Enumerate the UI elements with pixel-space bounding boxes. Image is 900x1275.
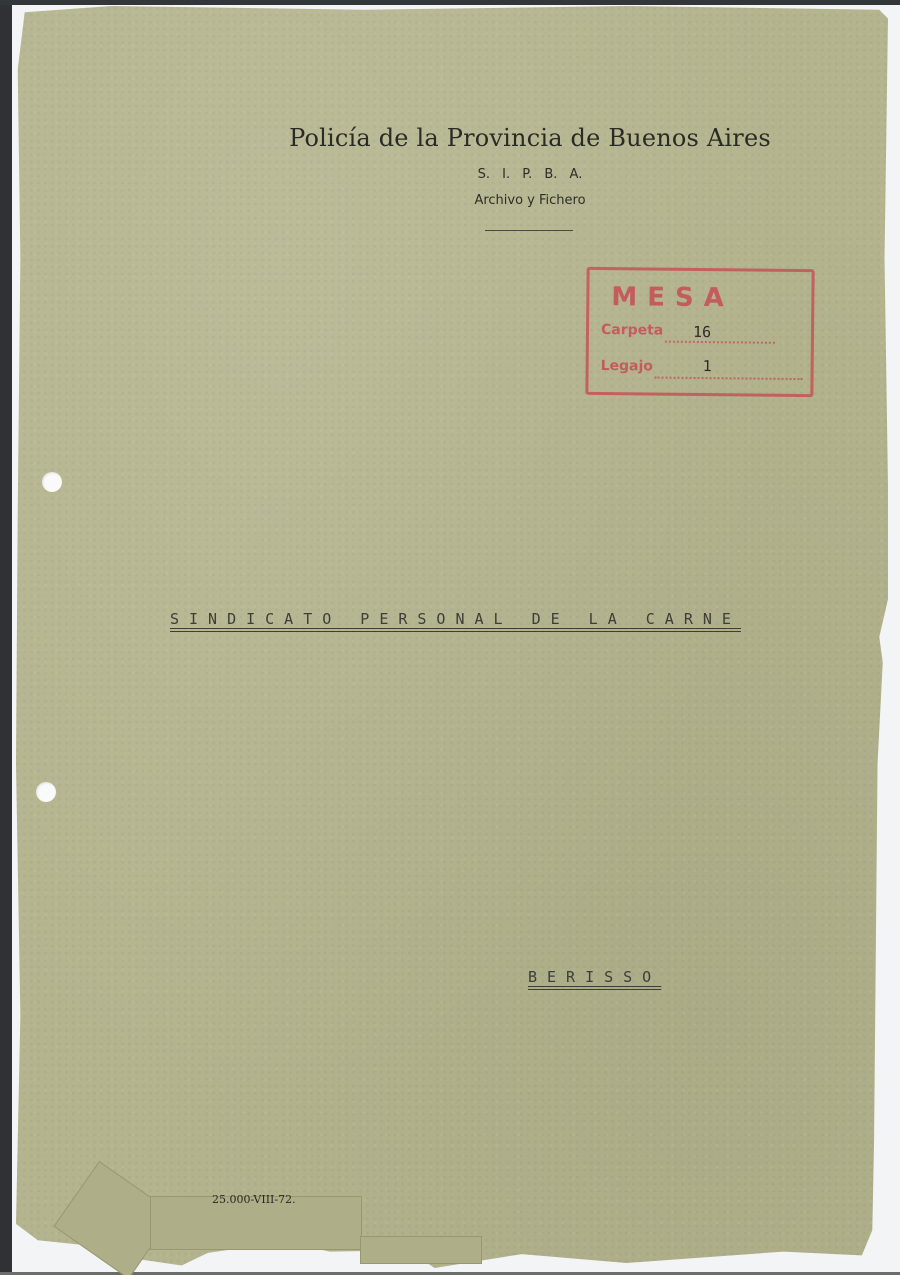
stamp-carpeta-value: 16 xyxy=(693,323,711,341)
scanner-background-left xyxy=(0,0,12,1275)
stamp-carpeta-dotline xyxy=(665,341,775,344)
typed-location: BERISSO xyxy=(528,968,661,986)
letterhead-department: Archivo y Fichero xyxy=(380,193,680,208)
stamp-carpeta-label: Carpeta xyxy=(601,322,663,339)
punch-hole xyxy=(36,782,56,802)
stamp-legajo-dotline xyxy=(655,377,803,381)
stamp-title: MESA xyxy=(611,282,734,313)
letterhead-divider xyxy=(485,230,573,231)
typed-subject-title: SINDICATO PERSONAL DE LA CARNE xyxy=(170,610,741,628)
punch-hole xyxy=(42,472,62,492)
stamp-legajo-label: Legajo xyxy=(601,358,653,375)
scanner-background-top xyxy=(0,0,900,5)
torn-paper-fragment xyxy=(360,1236,482,1264)
mesa-stamp: MESA Carpeta 16 Legajo 1 xyxy=(585,267,814,397)
letterhead-agency: S. I. P. B. A. xyxy=(380,167,680,182)
print-run-code: 25.000-VIII-72. xyxy=(212,1193,296,1206)
letterhead-title: Policía de la Provincia de Buenos Aires xyxy=(260,124,800,152)
stamp-legajo-value: 1 xyxy=(703,357,712,375)
